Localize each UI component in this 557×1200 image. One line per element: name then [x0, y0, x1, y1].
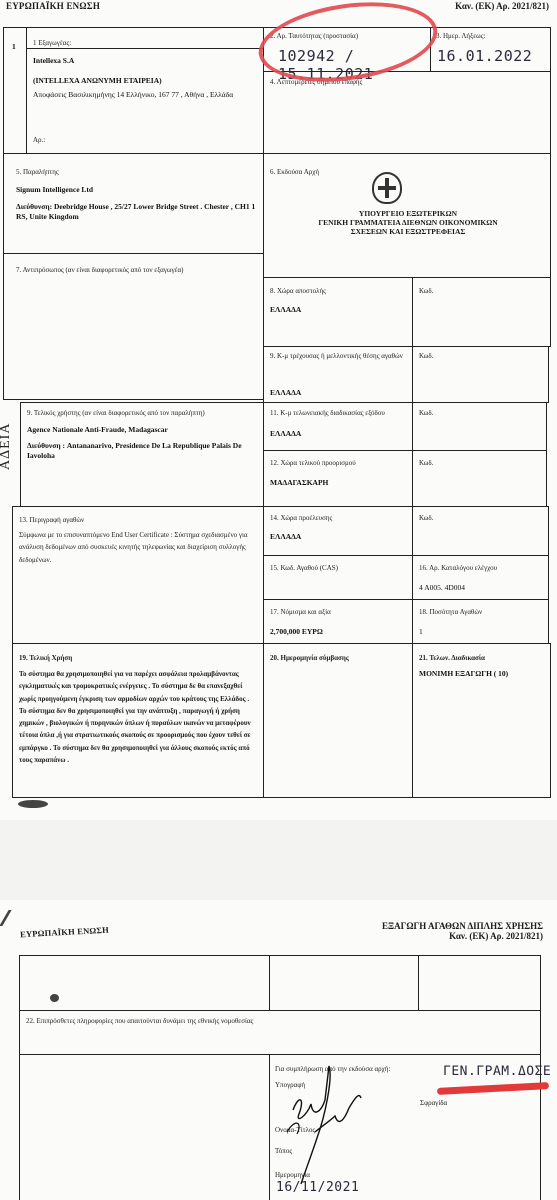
box-final-destination: 12. Χώρα τελικού προορισμού ΜΑΔΑΓΑΣΚΑΡΗ	[263, 450, 413, 507]
p2-empty-cell-mid	[269, 955, 419, 1011]
box-goods-description: 13. Περιγραφή αγαθών Σύμφωνα με το επισυ…	[12, 506, 264, 644]
currency-value-value: 2,700,000 ΕΥΡΩ	[270, 627, 323, 637]
end-use-text: Το σύστημα θα χρησιμοποιηθεί για να παρέ…	[19, 668, 257, 766]
p2-blank-left	[19, 1054, 270, 1200]
exporter-ar: Αρ.:	[33, 136, 45, 144]
box-country-origin-code: Κωδ.	[412, 506, 549, 556]
row-number-cell: 1	[3, 27, 27, 154]
end-use-label: 19. Τελική Χρήση	[19, 654, 72, 662]
row-number: 1	[12, 42, 16, 52]
box-additional-info: 22. Επιπρόσθετες πληροφορίες που απαιτού…	[19, 1010, 541, 1055]
final-destination-code-label: Κωδ.	[419, 459, 433, 467]
customs-exit-value: ΕΛΛΑΔΑ	[270, 429, 301, 439]
divider	[26, 48, 264, 49]
box-final-destination-code: Κωδ.	[412, 450, 547, 507]
box-customs-exit-code: Κωδ.	[412, 402, 547, 451]
contract-date-label: 20. Ημερομηνία σύμβασης	[270, 654, 349, 662]
country-dispatch-code-label: Κωδ.	[419, 287, 433, 295]
stamp-label: Σφραγίδα	[420, 1099, 447, 1107]
header-regulation: Καν. (ΕΚ) Αρ. 2021/821)	[455, 1, 549, 11]
final-destination-label: 12. Χώρα τελικού προορισμού	[270, 459, 356, 467]
box-currency-value: 17. Νόμισμα και αξία 2,700,000 ΕΥΡΩ	[263, 599, 413, 644]
box-customs-procedure: 21. Τελων. Διαδικασία ΜΟΝΙΜΗ ΕΞΑΓΩΓΗ ( 1…	[412, 643, 551, 798]
control-list-label: 16. Αρ. Καταλόγου ελέγχου	[419, 564, 497, 572]
ministry-line-1: ΥΠΟΥΡΓΕΙΟ ΕΞΩΤΕΡΙΚΩΝ	[268, 209, 548, 218]
box-goods-location-code: Κωδ.	[412, 346, 549, 403]
header-eu: ΕΥΡΩΠΑΪΚΗ ΕΝΩΣΗ	[6, 1, 100, 11]
box-goods-code: 15. Κωδ. Αγαθού (CAS)	[263, 555, 413, 600]
ink-smudge	[18, 800, 48, 808]
currency-value-label: 17. Νόμισμα και αξία	[270, 608, 331, 616]
final-destination-value: ΜΑΔΑΓΑΣΚΑΡΗ	[270, 478, 328, 488]
customs-exit-code-label: Κωδ.	[419, 409, 433, 417]
issuing-authority-label: 6. Εκδούσα Αρχή	[270, 168, 319, 176]
end-user-name: Agence Nationale Anti-Fraude, Madagascar	[27, 425, 168, 435]
quantity-value: 1	[419, 627, 423, 637]
signature-icon	[285, 1058, 365, 1188]
goods-code-label: 15. Κωδ. Αγαθού (CAS)	[270, 564, 338, 572]
eu-flag-fragment-icon	[0, 910, 23, 926]
box-contact-details: 4. Λεπτομέρειες σημείου επαφής	[263, 71, 551, 154]
exporter-name: Intellexa S.A	[33, 56, 74, 66]
page-gap	[0, 820, 557, 900]
goods-location-label: 9. Κ-μ τρέχουσας ή μελλοντικής θέσης αγα…	[270, 352, 410, 360]
box-contract-date: 20. Ημερομηνία σύμβασης	[263, 643, 413, 798]
quantity-label: 18. Ποσότητα Αγαθών	[419, 608, 482, 616]
country-origin-label: 14. Χώρα προέλευσης	[270, 514, 332, 522]
license-page-1: ΕΥΡΩΠΑΪΚΗ ΕΝΩΣΗ Καν. (ΕΚ) Αρ. 2021/821) …	[0, 0, 557, 820]
consignee-label: 5. Παραλήπτης	[16, 168, 59, 176]
additional-info-label: 22. Επιπρόσθετες πληροφορίες που απαιτού…	[26, 1017, 253, 1025]
expiry-date-value: 16.01.2022	[437, 47, 532, 65]
consignee-name: Signum Intelligence Ltd	[16, 185, 93, 195]
box-representative: 7. Αντιπρόσωπος (αν είναι διαφορετικός α…	[3, 253, 264, 400]
end-user-label: 9. Τελικός χρήστης (αν είναι διαφορετικό…	[27, 409, 205, 417]
customs-procedure-value: ΜΟΝΙΜΗ ΕΞΑΓΩΓΗ ( 10)	[419, 669, 508, 679]
box-customs-exit: 11. Κ-μ τελωνειακής διαδικασίας εξόδου Ε…	[263, 402, 413, 451]
goods-description-text: Σύμφωνα με το επισυναπτόμενο End User Ce…	[19, 529, 251, 566]
box-end-use: 19. Τελική Χρήση Το σύστημα θα χρησιμοπο…	[12, 643, 264, 798]
box-country-dispatch: 8. Χώρα αποστολής ΕΛΛΑΔΑ	[263, 277, 413, 347]
country-origin-value: ΕΛΛΑΔΑ	[270, 532, 301, 542]
p2-header-regulation: Καν. (ΕΚ) Αρ. 2021/821)	[449, 931, 543, 941]
side-label-license: ΑΔΕΙΑ	[0, 423, 14, 470]
country-dispatch-label: 8. Χώρα αποστολής	[270, 287, 326, 295]
country-origin-code-label: Κωδ.	[419, 514, 433, 522]
ink-dot	[50, 994, 59, 1002]
greek-coat-of-arms-icon	[372, 172, 402, 204]
goods-location-value: ΕΛΛΑΔΑ	[270, 388, 301, 398]
control-list-value: 4 A005. 4D004	[419, 583, 465, 593]
country-dispatch-value: ΕΛΛΑΔΑ	[270, 305, 301, 315]
exporter-address: Αποφάσεις Βασιλικημήνης 14 Ελλήνικο, 167…	[33, 90, 233, 100]
box-country-dispatch-code: Κωδ.	[412, 277, 551, 347]
box-country-origin: 14. Χώρα προέλευσης ΕΛΛΑΔΑ	[263, 506, 413, 556]
end-user-address: Διεύθυνση : Antananarivo, Presidence De …	[27, 441, 252, 461]
p2-header-title: ΕΞΑΓΩΓΗ ΑΓΑΘΩΝ ΔΙΠΛΗΣ ΧΡΗΣΗΣ	[382, 921, 543, 931]
box-exporter: 1 Εξαγωγέας: Intellexa S.A (INTELLEXA ΑΝ…	[26, 27, 264, 154]
box-end-user: 9. Τελικός χρήστης (αν είναι διαφορετικό…	[20, 402, 264, 507]
box-consignee: 5. Παραλήπτης Signum Intelligence Ltd Δι…	[3, 153, 264, 254]
box-expiry-date: 3. Ημερ. Λήξεως: 16.01.2022	[430, 27, 551, 72]
customs-exit-label: 11. Κ-μ τελωνειακής διαδικασίας εξόδου	[270, 409, 385, 417]
goods-location-code-label: Κωδ.	[419, 352, 433, 360]
p2-empty-cell-right	[418, 955, 541, 1011]
exporter-label: 1 Εξαγωγέας:	[33, 39, 71, 47]
p2-empty-cell-left	[19, 955, 270, 1011]
license-page-2: ΕΥΡΩΠΑΪΚΗ ΕΝΩΣΗ ΕΞΑΓΩΓΗ ΑΓΑΘΩΝ ΔΙΠΛΗΣ ΧΡ…	[0, 900, 557, 1200]
box-quantity: 18. Ποσότητα Αγαθών 1	[412, 599, 549, 644]
goods-description-label: 13. Περιγραφή αγαθών	[19, 516, 84, 524]
authority-handwritten: ΓΕΝ.ΓΡΑΜ.ΔΟΣΕ	[443, 1064, 551, 1079]
expiry-date-label: 3. Ημερ. Λήξεως:	[436, 32, 485, 40]
box-control-list: 16. Αρ. Καταλόγου ελέγχου 4 A005. 4D004	[412, 555, 549, 600]
exporter-full-name: (INTELLEXA ΑΝΩΝΥΜΗ ΕΤΑΙΡΕΙΑ)	[33, 76, 162, 86]
ministry-line-2: ΓΕΝΙΚΗ ΓΡΑΜΜΑΤΕΙΑ ΔΙΕΘΝΩΝ ΟΙΚΟΝΟΜΙΚΩΝ	[268, 218, 548, 227]
p2-header-eu: ΕΥΡΩΠΑΪΚΗ ΕΝΩΣΗ	[20, 925, 109, 940]
ministry-line-3: ΣΧΕΣΕΩΝ ΚΑΙ ΕΞΩΣΤΡΕΦΕΙΑΣ	[268, 227, 548, 236]
customs-procedure-label: 21. Τελων. Διαδικασία	[419, 654, 485, 662]
representative-label: 7. Αντιπρόσωπος (αν είναι διαφορετικός α…	[16, 266, 183, 274]
consignee-address: Διεύθυνση: Deebridge House , 25/27 Lower…	[16, 202, 256, 222]
box-goods-location: 9. Κ-μ τρέχουσας ή μελλοντικής θέσης αγα…	[263, 346, 413, 403]
